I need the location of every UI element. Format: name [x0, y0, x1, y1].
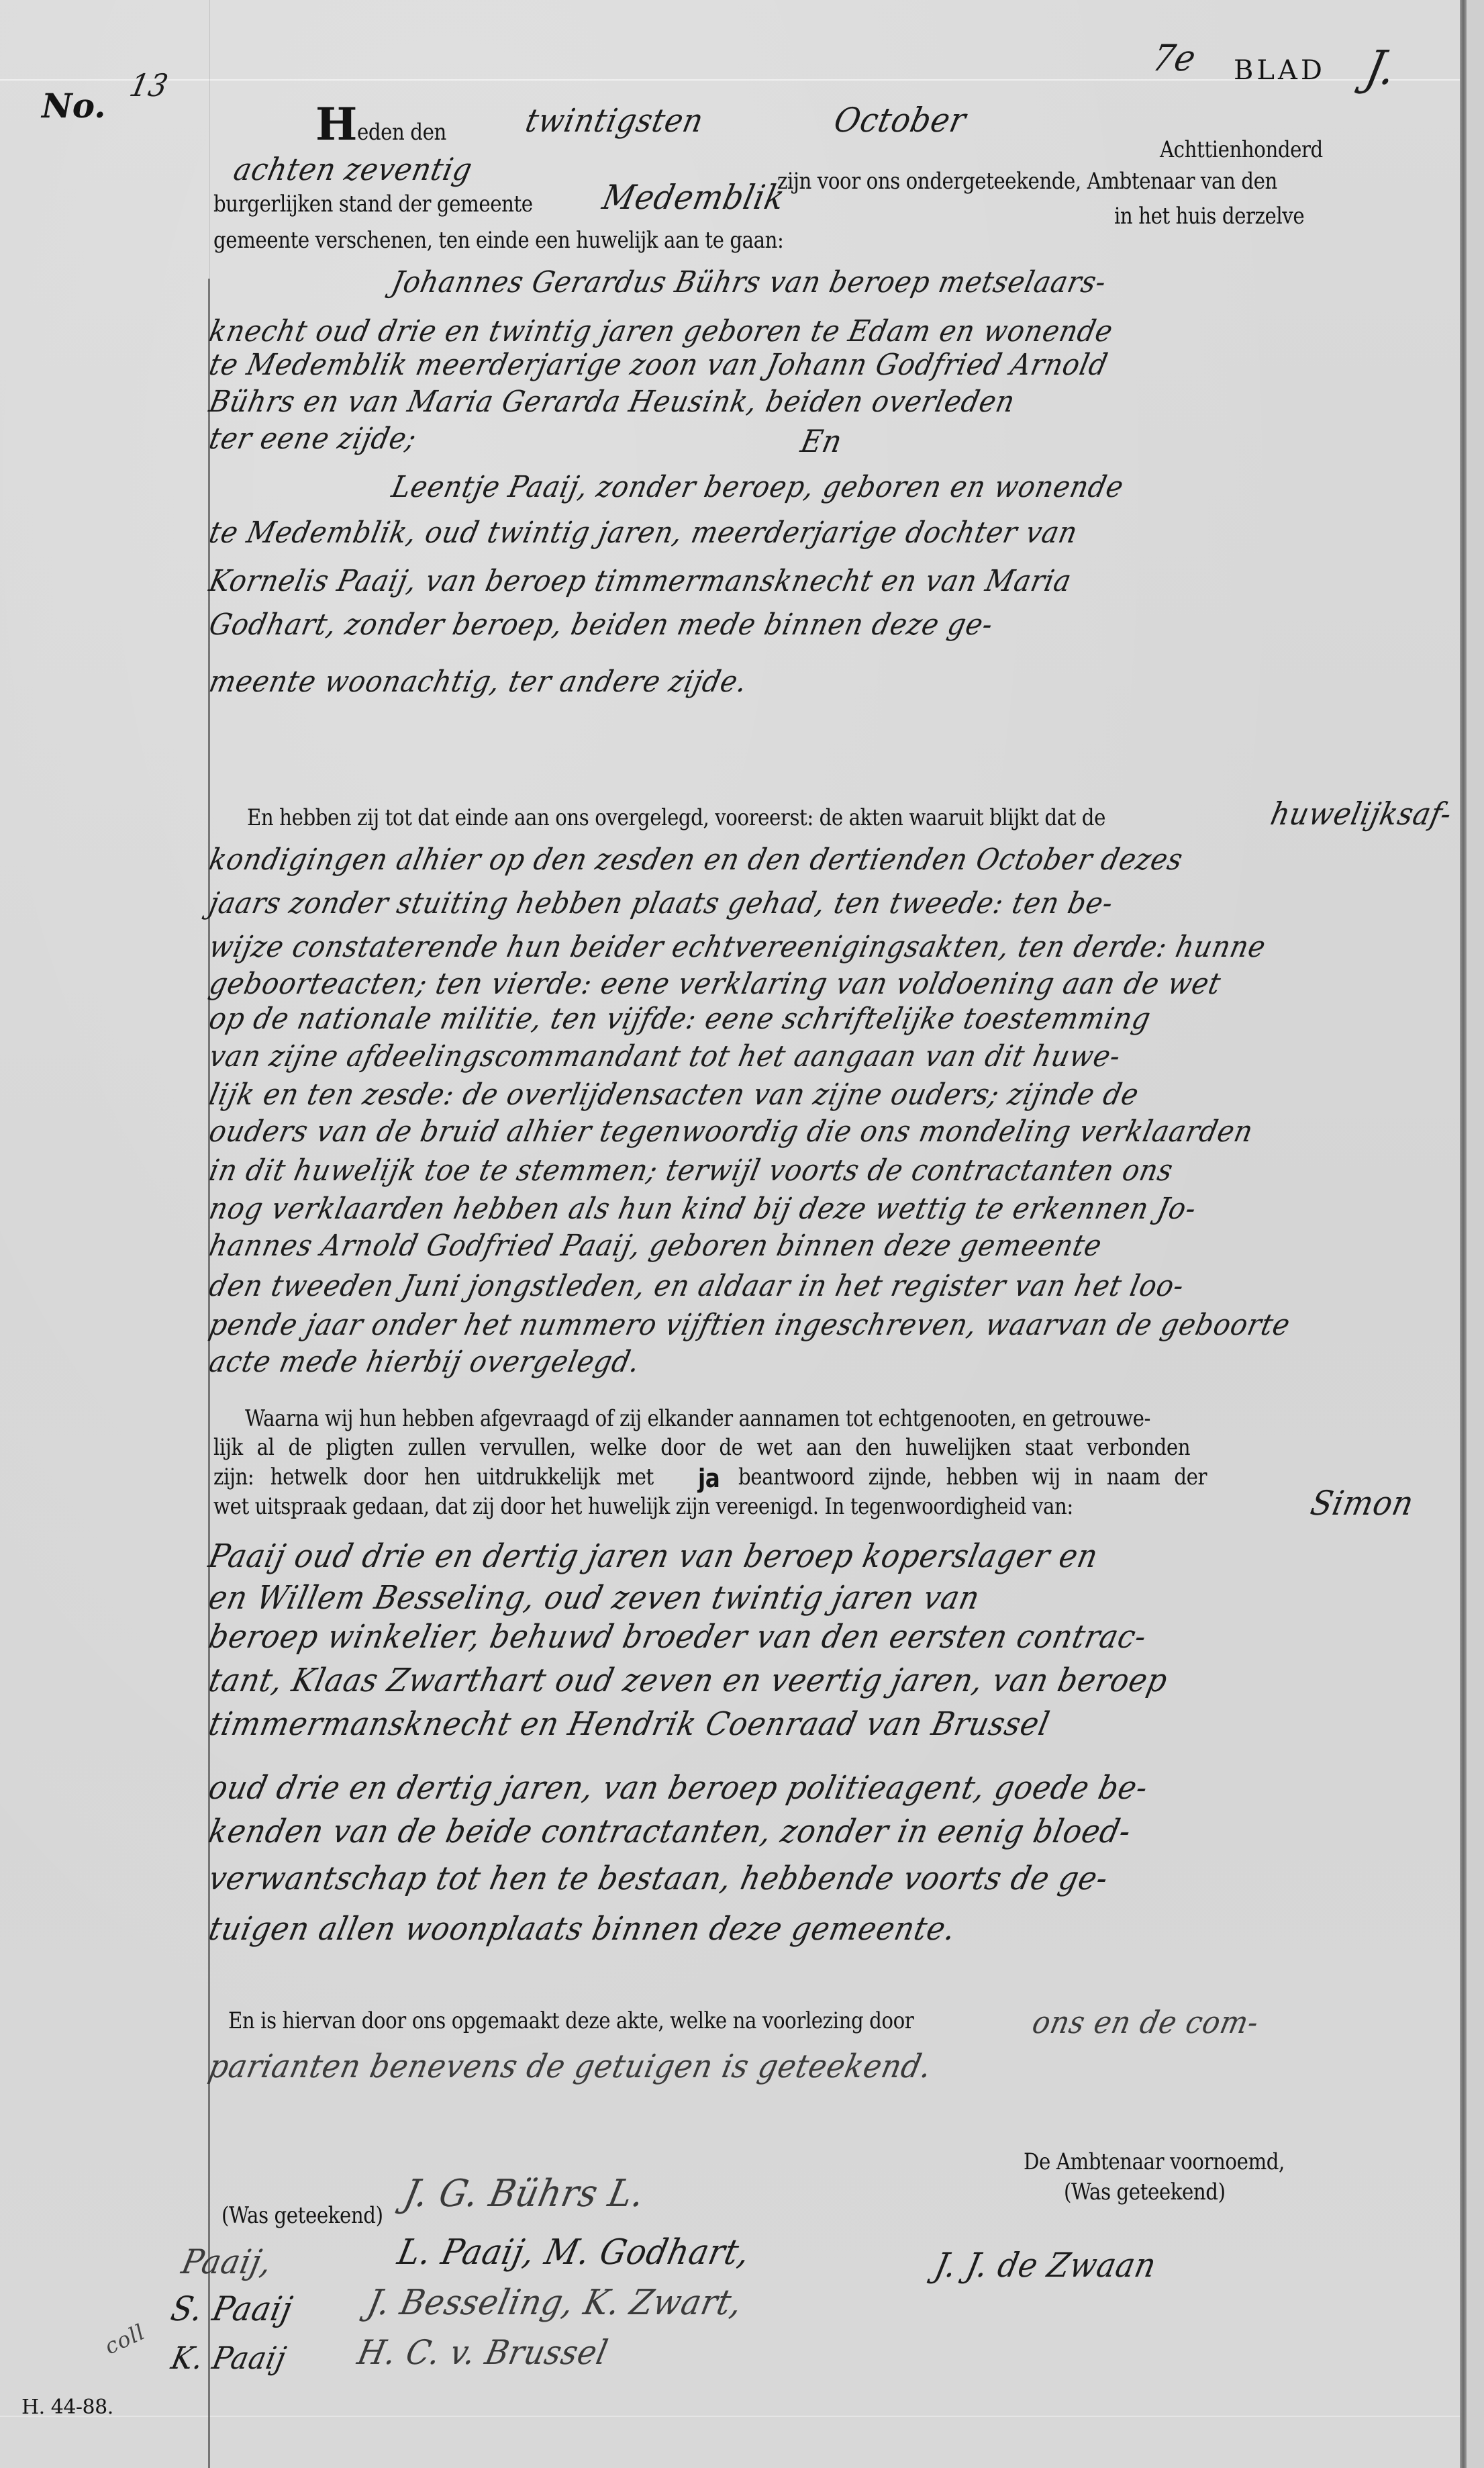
- witness-line-1: Paaij oud drie en dertig jaren van beroe…: [205, 1537, 1101, 1575]
- sheet-number: 7e: [1149, 37, 1200, 79]
- signature-line-4: H. C. v. Brussel: [354, 2333, 612, 2372]
- signature-line-3: J. Besseling, K. Zwart,: [364, 2283, 746, 2323]
- bride-line-1: Leentje Paaij, zonder beroep, geboren en…: [389, 470, 1127, 504]
- ceremony-line-3b: beantwoord zijnde, hebben wij in naam de…: [738, 1464, 1207, 1490]
- bride-line-3: Kornelis Paaij, van beroep timmermanskne…: [206, 564, 1075, 598]
- groom-line-3: te Medemblik meerderjarige zoon van Joha…: [206, 348, 1111, 382]
- documents-line-3: wijze constaterende hun beider echtveree…: [206, 930, 1269, 964]
- ceremony-line-2: lijk al de pligten zullen vervullen, wel…: [213, 1434, 1190, 1461]
- closing-line-2: parianten benevens de getuigen is geteek…: [205, 2048, 935, 2085]
- witness-first-name: Simon: [1307, 1484, 1418, 1523]
- witness-line-8: verwantschap tot hen te bestaan, hebbend…: [205, 1860, 1111, 1897]
- witness-line-9: tuigen allen woonplaats binnen deze geme…: [205, 1910, 959, 1948]
- groom-line-1: Johannes Gerardus Bührs van beroep metse…: [389, 265, 1109, 299]
- witness-line-5: timmermansknecht en Hendrik Coenraad van…: [205, 1705, 1053, 1743]
- margin-mark: J.: [1361, 40, 1402, 95]
- documents-intro-tail: huwelijksaf-: [1268, 796, 1456, 832]
- documents-line-12: den tweeden Juni jongstleden, en aldaar …: [206, 1269, 1187, 1303]
- was-geteekend-right: (Was geteekend): [1064, 2179, 1226, 2205]
- sheet-label: BLAD: [1234, 55, 1326, 86]
- closing-tail: ons en de com-: [1030, 2004, 1263, 2040]
- ambtenaar-label: De Ambtenaar voornoemd,: [1024, 2148, 1285, 2175]
- record-no-label: No.: [42, 86, 106, 126]
- was-geteekend-left: (Was geteekend): [221, 2202, 383, 2229]
- ceremony-line-4: wet uitspraak gedaan, dat zij door het h…: [213, 1493, 1073, 1520]
- documents-line-9: in dit huwelijk toe te stemmen; terwijl …: [206, 1153, 1176, 1188]
- documents-intro: En hebben zij tot dat einde aan ons over…: [247, 804, 1105, 831]
- form-code: H. 44-88.: [21, 2395, 113, 2419]
- witness-line-3: beroep winkelier, behuwd broeder van den…: [205, 1618, 1150, 1656]
- documents-line-2: jaars zonder stuiting hebben plaats geha…: [206, 886, 1116, 920]
- bride-line-2: te Medemblik, oud twintig jaren, meerder…: [206, 516, 1081, 550]
- documents-line-14: acte mede hierbij overgelegd.: [206, 1345, 643, 1379]
- record-number: 13: [127, 67, 172, 103]
- margin-rule-top: [209, 0, 210, 279]
- margin-note: coll: [101, 2319, 149, 2359]
- witness-line-6: oud drie en dertig jaren, van beroep pol…: [205, 1769, 1151, 1807]
- in-het-huis-line: in het huis derzelve: [1114, 203, 1304, 230]
- witness-line-7: kenden van de beide contractanten, zonde…: [205, 1813, 1134, 1850]
- documents-line-13: pende jaar onder het nummero vijftien in…: [206, 1308, 1293, 1342]
- binding-edge: [1460, 0, 1467, 2468]
- year-prefix: Achttienhonderd: [1160, 136, 1323, 163]
- documents-line-8: ouders van de bruid alhier tegenwoordig …: [206, 1114, 1256, 1149]
- ceremony-line-3a: zijn: hetwelk door hen uitdrukkelijk met: [213, 1464, 654, 1490]
- bride-line-4: Godhart, zonder beroep, beiden mede binn…: [206, 608, 996, 642]
- ceremony-line-1: Waarna wij hun hebben afgevraagd of zij …: [245, 1405, 1150, 1432]
- signature-ambtenaar: J. J. de Zwaan: [932, 2246, 1160, 2285]
- bride-line-5: meente woonachtig, ter andere zijde.: [206, 665, 750, 699]
- date-day: twintigsten: [522, 102, 707, 140]
- groom-line-2: knecht oud drie en twintig jaren geboren…: [206, 314, 1116, 348]
- signature-left-1: Paaij,: [179, 2242, 276, 2281]
- signature-left-2: S. Paaij: [168, 2289, 297, 2328]
- gemeente-verschenen-line: gemeente verschenen, ten einde een huwel…: [213, 227, 783, 254]
- next-page-strip: [1467, 0, 1484, 2468]
- burgerlijken-stand-line: burgerlijken stand der gemeente: [213, 191, 533, 218]
- heden-rest: eden den: [357, 119, 446, 146]
- groom-line-4: Bührs en van Maria Gerarda Heusink, beid…: [206, 385, 1018, 419]
- paper-fold-line-bottom: [0, 2416, 1484, 2417]
- documents-line-5: op de nationale militie, ten vijfde: een…: [206, 1002, 1154, 1036]
- document-page: No. 13 7e BLAD J. Heden den twintigsten …: [0, 0, 1484, 2468]
- zijn-voor-line: zijn voor ons ondergeteekende, Ambtenaar…: [777, 168, 1277, 195]
- heden-den-line: Heden den: [315, 102, 460, 146]
- en-separator: En: [798, 423, 846, 459]
- signature-line-2: L. Paaij, M. Godhart,: [394, 2232, 754, 2273]
- documents-line-1: kondigingen alhier op den zesden en den …: [206, 843, 1186, 877]
- documents-line-10: nog verklaarden hebben als hun kind bij …: [206, 1192, 1199, 1226]
- documents-line-6: van zijne afdeelingscommandant tot het a…: [206, 1039, 1124, 1074]
- heden-initial: H: [315, 98, 357, 150]
- groom-line-5: ter eene zijde;: [206, 422, 419, 456]
- witness-line-4: tant, Klaas Zwarthart oud zeven en veert…: [205, 1662, 1171, 1699]
- documents-line-11: hannes Arnold Godfried Paaij, geboren bi…: [206, 1229, 1105, 1263]
- closing-line-1: En is hiervan door ons opgemaakt deze ak…: [228, 2007, 913, 2034]
- municipality: Medemblik: [599, 178, 789, 217]
- witness-line-2: en Willem Besseling, oud zeven twintig j…: [205, 1579, 983, 1617]
- documents-line-4: geboorteacten; ten vierde: eene verklari…: [206, 967, 1224, 1001]
- signature-left-3: K. Paaij: [168, 2340, 290, 2376]
- documents-line-7: lijk en ten zesde: de overlijdensacten v…: [206, 1078, 1142, 1112]
- signature-groom: J. G. Bührs L.: [400, 2172, 648, 2216]
- year-handwritten: achten zeventig: [231, 151, 476, 187]
- date-month: October: [831, 101, 970, 140]
- ja-word: ja: [698, 1464, 720, 1493]
